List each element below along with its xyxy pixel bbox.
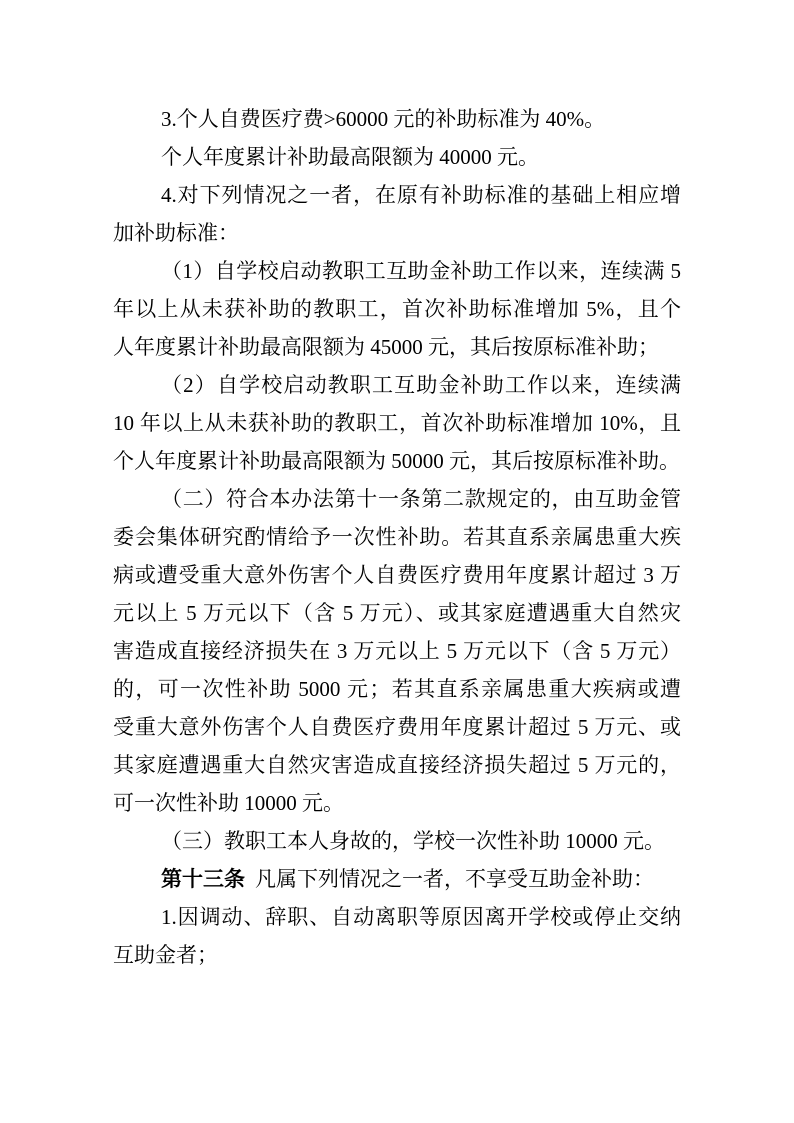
text-line: 4.对下列情况之一者，在原有补助标准的基础上相应增 (113, 176, 681, 214)
text-line: 互助金者； (113, 936, 681, 974)
text-line: 可一次性补助 10000 元。 (113, 784, 681, 822)
text-line: 元以上 5 万元以下（含 5 万元）、或其家庭遭遇重大自然灾 (113, 594, 681, 632)
article-text: 凡属下列情况之一者，不享受互助金补助： (255, 867, 654, 891)
text-line: 害造成直接经济损失在 3 万元以上 5 万元以下（含 5 万元） (113, 632, 681, 670)
text-line: （1）自学校启动教职工互助金补助工作以来，连续满 5 (113, 252, 681, 290)
text-line: 1.因调动、辞职、自动离职等原因离开学校或停止交纳 (113, 898, 681, 936)
document-page: 3.个人自费医疗费>60000 元的补助标准为 40%。个人年度累计补助最高限额… (0, 0, 794, 1123)
text-line: 第十三条凡属下列情况之一者，不享受互助金补助： (113, 860, 681, 898)
text-line: （二）符合本办法第十一条第二款规定的，由互助金管 (113, 480, 681, 518)
text-line: （三）教职工本人身故的，学校一次性补助 10000 元。 (113, 822, 681, 860)
text-line: 年以上从未获补助的教职工，首次补助标准增加 5%，且个 (113, 290, 681, 328)
text-line: 3.个人自费医疗费>60000 元的补助标准为 40%。 (113, 100, 681, 138)
text-line: 的，可一次性补助 5000 元；若其直系亲属患重大疾病或遭 (113, 670, 681, 708)
text-line: 其家庭遭遇重大自然灾害造成直接经济损失超过 5 万元的， (113, 746, 681, 784)
text-line: 个人年度累计补助最高限额为 50000 元，其后按原标准补助。 (113, 442, 681, 480)
text-line: （2）自学校启动教职工互助金补助工作以来，连续满 (113, 366, 681, 404)
text-line: 10 年以上从未获补助的教职工，首次补助标准增加 10%，且 (113, 404, 681, 442)
text-line: 加补助标准： (113, 214, 681, 252)
text-line: 个人年度累计补助最高限额为 40000 元。 (113, 138, 681, 176)
article-number-bold: 第十三条 (161, 867, 245, 891)
document-text-block: 3.个人自费医疗费>60000 元的补助标准为 40%。个人年度累计补助最高限额… (113, 100, 681, 974)
text-line: 病或遭受重大意外伤害个人自费医疗费用年度累计超过 3 万 (113, 556, 681, 594)
text-line: 人年度累计补助最高限额为 45000 元，其后按原标准补助； (113, 328, 681, 366)
text-line: 受重大意外伤害个人自费医疗费用年度累计超过 5 万元、或 (113, 708, 681, 746)
text-line: 委会集体研究酌情给予一次性补助。若其直系亲属患重大疾 (113, 518, 681, 556)
